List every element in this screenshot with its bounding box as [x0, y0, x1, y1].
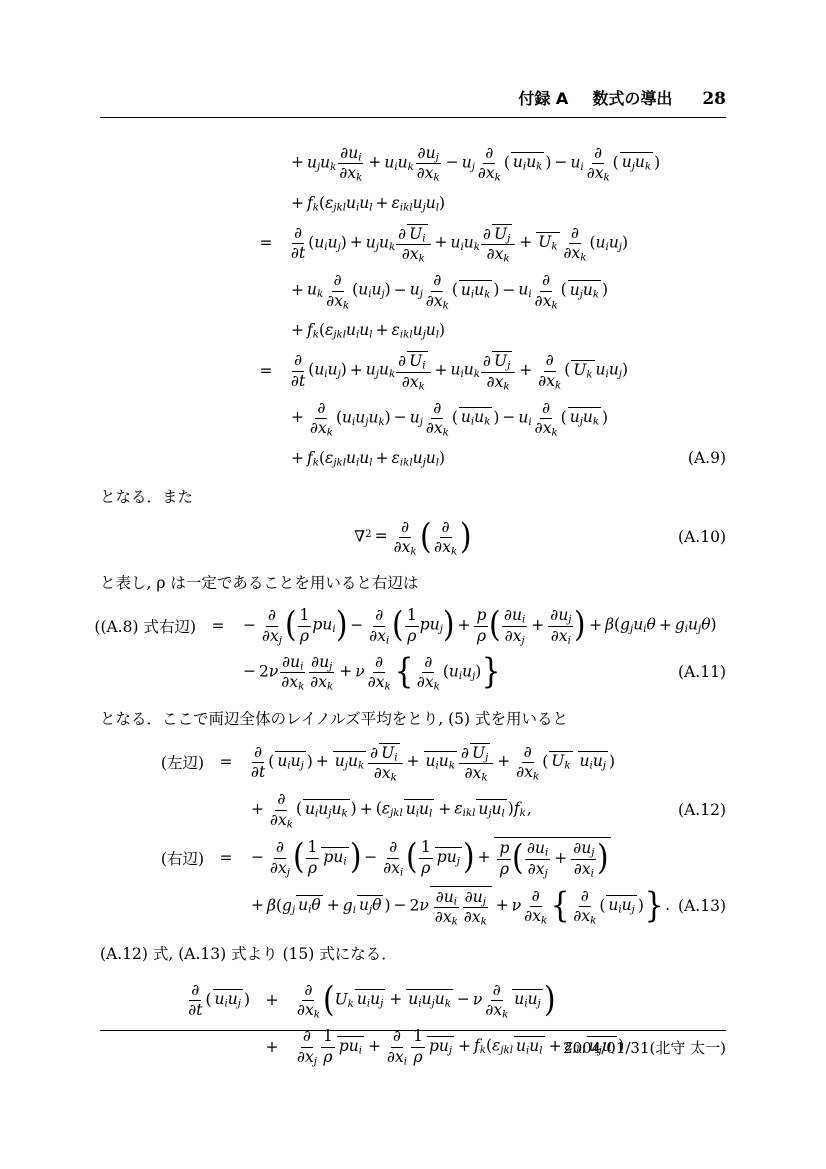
equation-relation: = — [208, 617, 228, 635]
math-expression: +fk(εjkluiul+εiklujul) — [288, 321, 445, 339]
page-footer: 2004/01/31(北守 太一) — [0, 1030, 826, 1058]
equation-expression: ∂∂t(uiuj)+ujuk∂Ui∂xk+uiuk∂Uj∂xk+∂∂xk(Uku… — [288, 350, 628, 391]
equation-number: (A.13) — [678, 897, 726, 915]
equation-expression: +fk(εjkluiul+εiklujul) — [288, 449, 445, 467]
equation-row: +fk(εjkluiul+εiklujul) — [100, 191, 726, 215]
equation-relation: = — [216, 753, 236, 771]
equation-block-a11: ((A.8) 式右辺)=−∂∂xj(1ρpui)−∂∂xi(1ρpuj)+pρ(… — [100, 606, 726, 691]
equation-number: (A.11) — [678, 663, 726, 681]
equation-row: (左辺)=∂∂t(uiuj)+ujuk∂Ui∂xk+uiuk∂Uj∂xk+∂∂x… — [100, 742, 726, 783]
equation-expression: +fk(εjkluiul+εiklujul) — [288, 194, 445, 212]
page: 付録 A数式の導出28 +ujuk∂ui∂xk+uiuk∂uj∂xk−uj∂∂x… — [0, 0, 826, 1169]
math-expression: +∂∂xk(uiujuk)+(εjkluiul+εiklujul)fk, — [248, 790, 535, 829]
equation-row: +ujuk∂ui∂xk+uiuk∂uj∂xk−uj∂∂xk(uiuk)−ui∂∂… — [100, 144, 726, 183]
paragraph-after-a10: と表し, ρ は一定であることを用いると右辺は — [100, 572, 726, 594]
footer-rule — [100, 1030, 726, 1031]
equation-row: ((A.8) 式右辺)=−∂∂xj(1ρpui)−∂∂xi(1ρpuj)+pρ(… — [100, 606, 726, 645]
math-expression: −2ν∂ui∂xk∂uj∂xk+ν∂∂xk{∂∂xk(uiuj)} — [240, 653, 502, 692]
equation-relation: = — [256, 362, 276, 380]
equation-expression: +∂∂xk(uiujuk)−uj∂∂xk(uiuk)−ui∂∂xk(ujuk) — [288, 399, 608, 438]
equation-expression: −2ν∂ui∂xk∂uj∂xk+ν∂∂xk{∂∂xk(uiuj)} — [240, 653, 502, 692]
equation-lhs: (右辺) — [100, 847, 204, 869]
equation-expression: +∂∂xk(uiujuk)+(εjkluiul+εiklujul)fk, — [248, 790, 535, 829]
math-expression: +β(gjuiθ+giujθ)−2ν∂ui∂xk∂uj∂xk+ν∂∂xk{∂∂x… — [248, 886, 673, 927]
footer-date-author: 2004/01/31(北守 太一) — [0, 1037, 726, 1058]
math-expression: +ujuk∂ui∂xk+uiuk∂uj∂xk−uj∂∂xk(uiuk)−ui∂∂… — [288, 144, 660, 183]
page-header: 付録 A数式の導出28 — [100, 0, 726, 109]
equation-row: +β(gjuiθ+giujθ)−2ν∂ui∂xk∂uj∂xk+ν∂∂xk{∂∂x… — [100, 886, 726, 927]
equation-expression: +ujuk∂ui∂xk+uiuk∂uj∂xk−uj∂∂xk(uiuk)−ui∂∂… — [288, 144, 660, 183]
math-expression: +∂∂xk(uiujuk)−uj∂∂xk(uiuk)−ui∂∂xk(ujuk) — [288, 399, 608, 438]
equation-row: +∂∂xk(uiujuk)+(εjkluiul+εiklujul)fk,(A.1… — [100, 790, 726, 829]
math-expression: −∂∂xj(1ρpui)−∂∂xi(1ρpuj)+pρ(∂ui∂xj+∂uj∂x… — [240, 606, 717, 645]
equation-expression: ∂∂xk(Ukuiuj+uiujuk−ν∂∂xkuiuj) — [294, 981, 555, 1020]
math-expression: ∂∂t(uiuj)+ujuk∂Ui∂xk+uiuk∂Uj∂xk+Uk∂∂xk(u… — [288, 223, 628, 264]
equation-number: (A.9) — [688, 449, 726, 467]
appendix-label: 付録 A — [518, 89, 568, 108]
math-expression: ((A.8) 式右辺) — [94, 615, 196, 637]
equation-number: (A.10) — [678, 528, 726, 546]
equation-expression: ∂∂t(uiuj)+ujuk∂Ui∂xk+uiuk∂Uj∂xk+Uk∂∂xk(u… — [288, 223, 628, 264]
math-expression: ∂∂t(uiuj) — [185, 981, 250, 1020]
equation-row: +∂∂xk(uiujuk)−uj∂∂xk(uiuk)−ui∂∂xk(ujuk) — [100, 399, 726, 438]
equation-relation: + — [262, 991, 282, 1009]
math-expression: (左辺) — [161, 751, 204, 773]
content: +ujuk∂ui∂xk+uiuk∂uj∂xk−uj∂∂xk(uiuk)−ui∂∂… — [100, 144, 726, 1066]
equation-expression: ∂∂t(uiuj)+ujuk∂Ui∂xk+uiuk∂Uj∂xk+∂∂xk(Uku… — [248, 742, 615, 783]
equation-row: +fk(εjkluiul+εiklujul)(A.9) — [100, 446, 726, 470]
equation-relation: = — [216, 849, 236, 867]
equation-lhs: ((A.8) 式右辺) — [100, 615, 196, 637]
equation-block-a10: ∇2=∂∂xk(∂∂xk)(A.10) — [100, 518, 726, 557]
equation-block-a12-a13: (左辺)=∂∂t(uiuj)+ujuk∂Ui∂xk+uiuk∂Uj∂xk+∂∂x… — [100, 742, 726, 927]
equation-lhs: (左辺) — [100, 751, 204, 773]
equation-expression: +fk(εjkluiul+εiklujul) — [288, 321, 445, 339]
equation-expression: +β(gjuiθ+giujθ)−2ν∂ui∂xk∂uj∂xk+ν∂∂xk{∂∂x… — [248, 886, 673, 927]
equation-row: (右辺)=−∂∂xj(1ρpui)−∂∂xi(1ρpuj)+pρ(∂ui∂xj+… — [100, 837, 726, 878]
section-title: 数式の導出 — [592, 89, 672, 108]
equation-row: −2ν∂ui∂xk∂uj∂xk+ν∂∂xk{∂∂xk(uiuj)}(A.11) — [100, 653, 726, 692]
page-number: 28 — [702, 89, 726, 109]
math-expression: +fk(εjkluiul+εiklujul) — [288, 449, 445, 467]
equation-row: ∂∂t(uiuj)+∂∂xk(Ukuiuj+uiujuk−ν∂∂xkuiuj) — [100, 981, 726, 1020]
equation-relation: = — [256, 234, 276, 252]
equation-row: ∇2=∂∂xk(∂∂xk)(A.10) — [100, 518, 726, 557]
equation-block-a9: +ujuk∂ui∂xk+uiuk∂uj∂xk−uj∂∂xk(uiuk)−ui∂∂… — [100, 144, 726, 470]
paragraph-after-a13: (A.12) 式, (A.13) 式より (15) 式になる． — [100, 943, 726, 965]
equation-row: +fk(εjkluiul+εiklujul) — [100, 318, 726, 342]
math-expression: ∂∂xk(Ukuiuj+uiujuk−ν∂∂xkuiuj) — [294, 981, 555, 1020]
math-expression: −∂∂xj(1ρpui)−∂∂xi(1ρpuj)+pρ(∂ui∂xj+∂uj∂x… — [248, 837, 612, 878]
math-expression: (右辺) — [161, 847, 204, 869]
equation-expression: −∂∂xj(1ρpui)−∂∂xi(1ρpuj)+pρ(∂ui∂xj+∂uj∂x… — [240, 606, 717, 645]
equation-row: =∂∂t(uiuj)+ujuk∂Ui∂xk+uiuk∂Uj∂xk+∂∂xk(Uk… — [100, 350, 726, 391]
equation-row: =∂∂t(uiuj)+ujuk∂Ui∂xk+uiuk∂Uj∂xk+Uk∂∂xk(… — [100, 223, 726, 264]
paragraph-after-a11: となる．ここで両辺全体のレイノルズ平均をとり, (5) 式を用いると — [100, 708, 726, 730]
equation-expression: ∇2=∂∂xk(∂∂xk) — [354, 518, 472, 557]
math-expression: ∂∂t(uiuj)+ujuk∂Ui∂xk+uiuk∂Uj∂xk+∂∂xk(Uku… — [248, 742, 615, 783]
equation-expression: +uk∂∂xk(uiuj)−uj∂∂xk(uiuk)−ui∂∂xk(ujuk) — [288, 271, 608, 310]
paragraph-after-a9: となる．また — [100, 486, 726, 508]
math-expression: ∂∂t(uiuj)+ujuk∂Ui∂xk+uiuk∂Uj∂xk+∂∂xk(Uku… — [288, 350, 628, 391]
math-expression: +fk(εjkluiul+εiklujul) — [288, 194, 445, 212]
math-expression: +uk∂∂xk(uiuj)−uj∂∂xk(uiuk)−ui∂∂xk(ujuk) — [288, 271, 608, 310]
math-expression: ∇2=∂∂xk(∂∂xk) — [354, 518, 472, 557]
equation-row: +uk∂∂xk(uiuj)−uj∂∂xk(uiuk)−ui∂∂xk(ujuk) — [100, 271, 726, 310]
equation-expression: −∂∂xj(1ρpui)−∂∂xi(1ρpuj)+pρ(∂ui∂xj+∂uj∂x… — [248, 837, 612, 878]
header-rule — [100, 117, 726, 118]
equation-number: (A.12) — [678, 801, 726, 819]
equation-lhs: ∂∂t(uiuj) — [100, 981, 250, 1020]
